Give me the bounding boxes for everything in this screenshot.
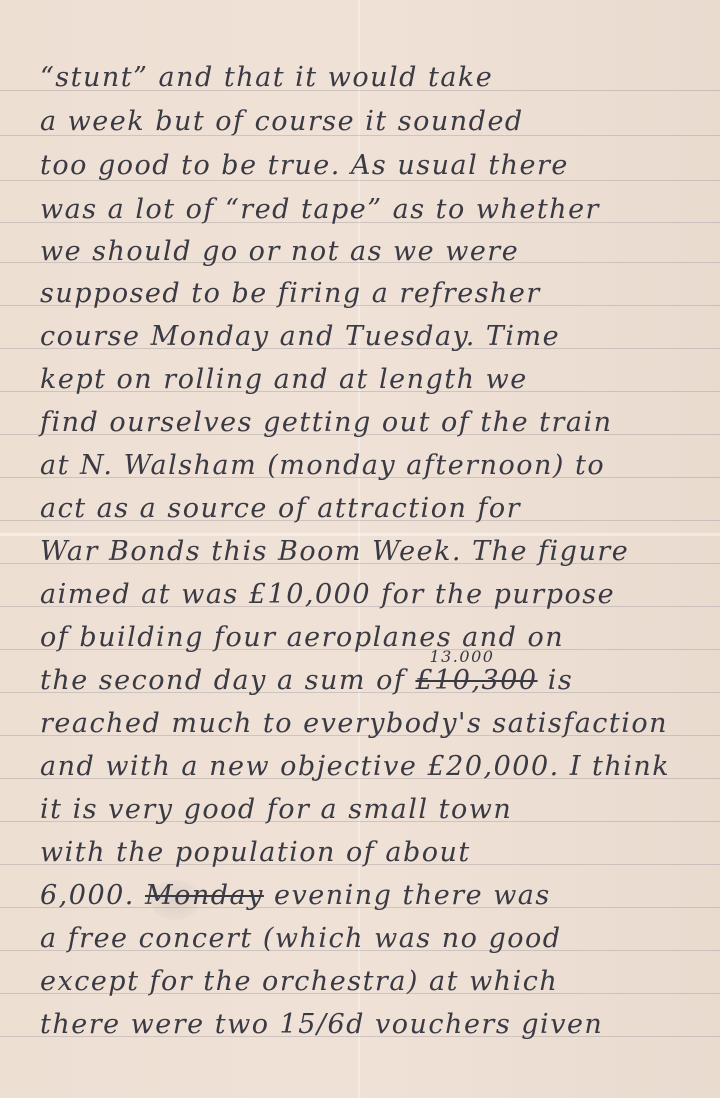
text-line: we should go or not as we were [40,238,712,265]
text-line: was a lot of “red tape” as to whether [40,196,712,223]
text-line: except for the orchestra) at which [40,968,712,995]
line-prefix: 6,000. [40,880,135,911]
struck-word: Monday [145,880,264,911]
text-line: a free concert (which was no good [40,925,712,952]
text-line: there were two 15/6d vouchers given [40,1011,712,1038]
line-suffix: evening there was [274,880,551,911]
correction-above: 13.000 [429,649,494,665]
text-line-monday: 6,000. Monday evening there was [40,882,712,909]
text-line: act as a source of attraction for [40,495,712,522]
text-line: a week but of course it sounded [40,108,712,135]
text-line: reached much to everybody's satisfaction [40,710,712,737]
text-line: War Bonds this Boom Week. The figure [40,538,712,565]
text-line: with the population of about [40,839,712,866]
text-line: kept on rolling and at length we [40,366,712,393]
text-line-amount: the second day a sum of 13.000 £10,300 i… [40,667,712,694]
text-line: find ourselves getting out of the train [40,409,712,436]
text-line: it is very good for a small town [40,796,712,823]
text-line: at N. Walsham (monday afternoon) to [40,452,712,479]
text-line: aimed at was £10,000 for the purpose [40,581,712,608]
struck-amount: £10,300 [415,665,537,696]
text-line: and with a new objective £20,000. I thin… [40,753,712,780]
text-line: supposed to be firing a refresher [40,280,712,307]
text-line: of building four aeroplanes and on [40,624,712,651]
letter-page: “stunt” and that it would take a week bu… [0,0,720,1098]
text-line: “stunt” and that it would take [40,64,712,91]
line-prefix: the second day a sum of [40,665,405,696]
text-line: too good to be true. As usual there [40,152,712,179]
line-suffix: is [548,665,574,696]
text-line: course Monday and Tuesday. Time [40,323,712,350]
